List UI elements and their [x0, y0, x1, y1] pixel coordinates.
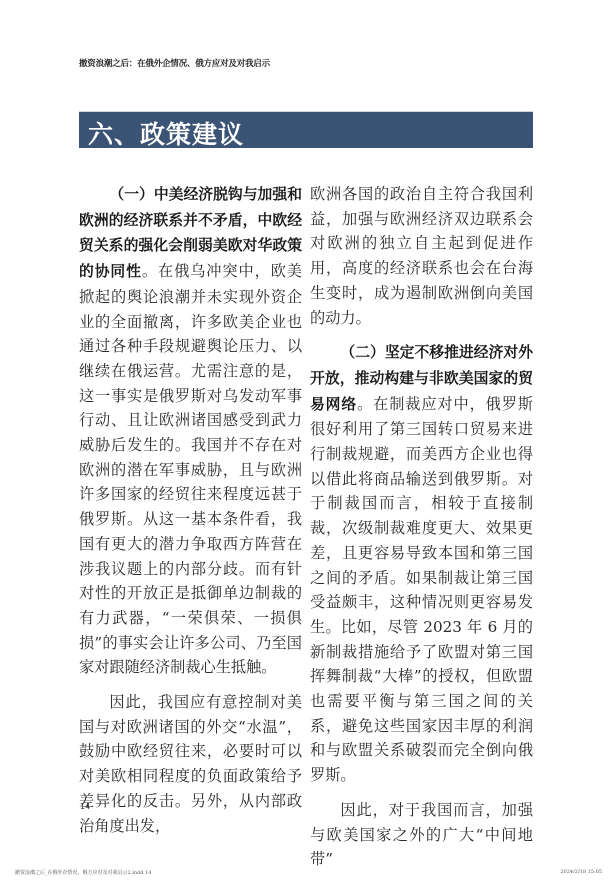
print-slug-filename: 撤资浪潮之后_在俄外企情况、俄方应对及对我启示2.indd 14 [15, 869, 151, 876]
paragraph-2: 因此，我国应有意控制对美国与对欧洲诸国的外交“水温”，鼓励中欧经贸往来，必要时可… [79, 690, 302, 838]
page-number: 14 [80, 802, 90, 811]
print-slug-datetime: 2024/2/18 15:05 [560, 869, 602, 875]
right-column: 欧洲各国的政治自主符合我国利益，加强与欧洲经济双边联系会对欧洲的独立自主起到促进… [310, 182, 533, 872]
paragraph-4: 因此，对于我国而言，加强与欧美国家之外的广大“中间地带” [310, 798, 533, 872]
paragraph-body: 因此，对于我国而言，加强与欧美国家之外的广大“中间地带” [310, 801, 533, 868]
paragraph-1: （一）中美经济脱钩与加强和欧洲的经济联系并不矛盾，中欧经贸关系的强化会削弱美欧对… [79, 182, 302, 680]
paragraph-continued: 欧洲各国的政治自主符合我国利益，加强与欧洲经济双边联系会对欧洲的独立自主起到促进… [310, 182, 533, 330]
paragraph-3: （二）坚定不移推进经济对外开放，推动构建与非欧美国家的贸易网络。在制裁应对中，俄… [310, 340, 533, 788]
paragraph-body: 欧洲各国的政治自主符合我国利益，加强与欧洲经济双边联系会对欧洲的独立自主起到促进… [310, 185, 533, 327]
paragraph-body: 因此，我国应有意控制对美国与对欧洲诸国的外交“水温”，鼓励中欧经贸往来，必要时可… [79, 693, 302, 835]
left-column: （一）中美经济脱钩与加强和欧洲的经济联系并不矛盾，中欧经贸关系的强化会削弱美欧对… [79, 182, 302, 838]
section-banner: 六、政策建议 [79, 111, 533, 148]
running-header: 撤资浪潮之后：在俄外企情况、俄方应对及对我启示 [79, 57, 270, 69]
paragraph-body: 。在俄乌冲突中，欧美掀起的舆论浪潮并未实现外资企业的全面撤离，许多欧美企业也通过… [79, 262, 302, 676]
section-title: 六、政策建议 [88, 115, 244, 151]
paragraph-body: 。在制裁应对中，俄罗斯很好利用了第三国转口贸易来进行制裁规避，而美西方企业也得以… [310, 395, 533, 785]
